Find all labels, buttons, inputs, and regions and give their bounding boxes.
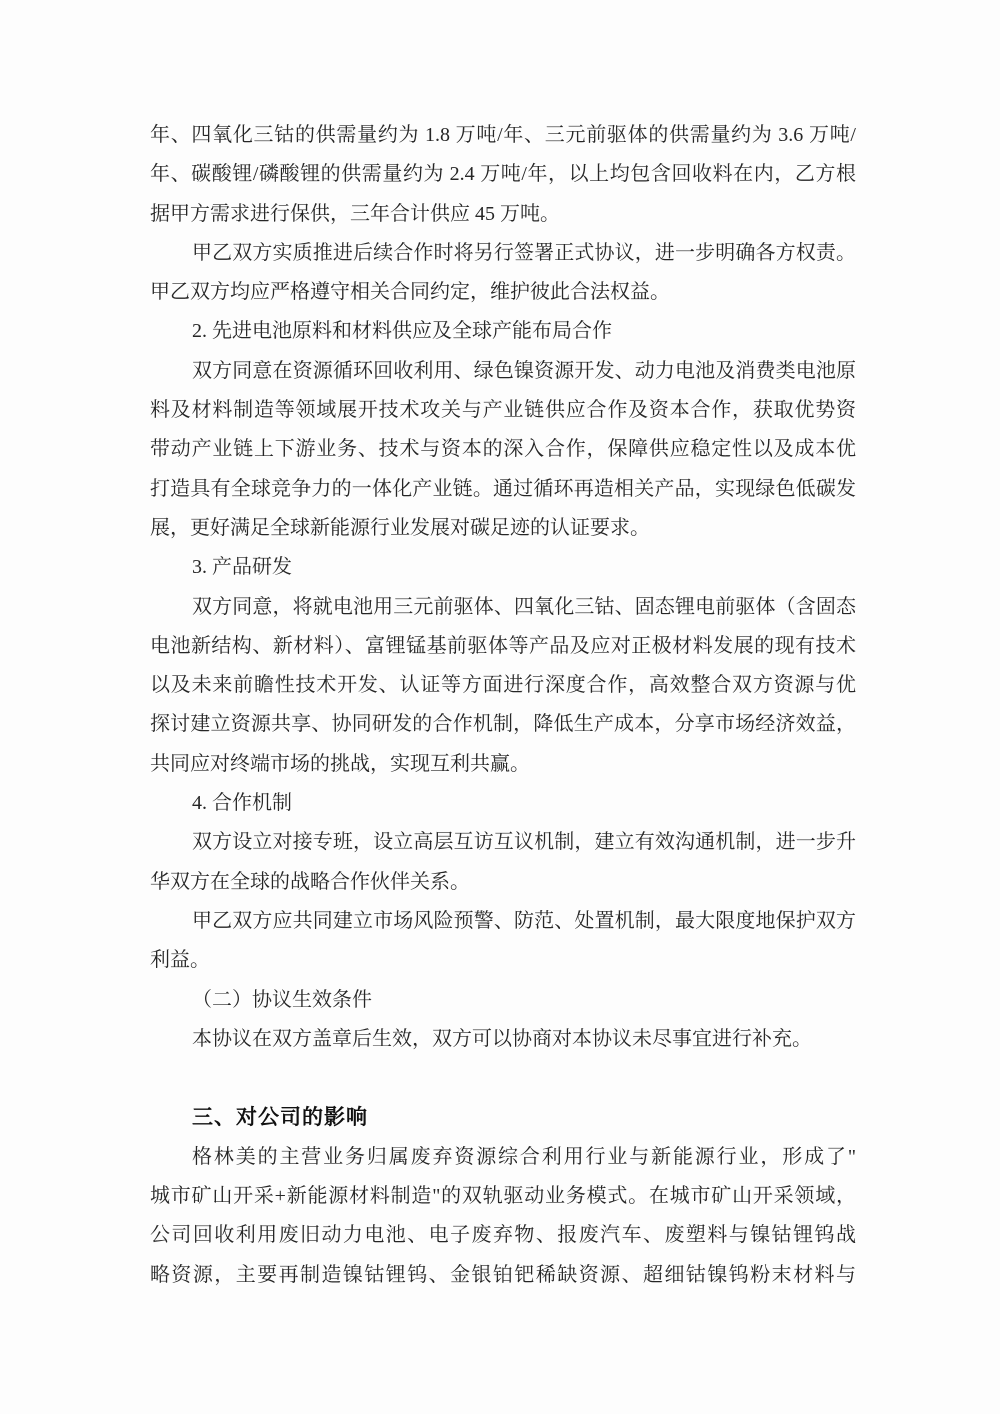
text-line: 城市矿山开采+新能源材料制造"的双轨驱动业务模式。在城市矿山开采领域， bbox=[150, 1177, 856, 1216]
list-item-heading: 4. 合作机制 bbox=[150, 784, 856, 823]
text-line: 带动产业链上下游业务、技术与资本的深入合作，保障供应稳定性以及成本优势， bbox=[150, 430, 856, 469]
text-line: 本协议在双方盖章后生效，双方可以协商对本协议未尽事宜进行补充。 bbox=[150, 1020, 856, 1059]
text-line: 甲乙双方应共同建立市场风险预警、防范、处置机制，最大限度地保护双方 bbox=[150, 902, 856, 941]
text-line: 据甲方需求进行保供，三年合计供应 45 万吨。 bbox=[150, 195, 856, 234]
text-line: 格林美的主营业务归属废弃资源综合利用行业与新能源行业，形成了" bbox=[150, 1138, 856, 1177]
text-line: 略资源，主要再制造镍钴锂钨、金银铂钯稀缺资源、超细钴镍钨粉末材料与 bbox=[150, 1256, 856, 1295]
text-line: 甲乙双方实质推进后续合作时将另行签署正式协议，进一步明确各方权责。 bbox=[150, 234, 856, 273]
text-line: 双方设立对接专班，设立高层互访互议机制，建立有效沟通机制，进一步升 bbox=[150, 823, 856, 862]
text-line: 双方同意在资源循环回收利用、绿色镍资源开发、动力电池及消费类电池原 bbox=[150, 352, 856, 391]
text-line: 料及材料制造等领域展开技术攻关与产业链供应合作及资本合作，获取优势资源， bbox=[150, 391, 856, 430]
text-line: 以及未来前瞻性技术开发、认证等方面进行深度合作，高效整合双方资源与优势， bbox=[150, 666, 856, 705]
document-text-block: 年、四氧化三钴的供需量约为 1.8 万吨/年、三元前驱体的供需量约为 3.6 万… bbox=[150, 116, 856, 1295]
text-line: 双方同意，将就电池用三元前驱体、四氧化三钴、固态锂电前驱体（含固态 bbox=[150, 588, 856, 627]
text-line: 展，更好满足全球新能源行业发展对碳足迹的认证要求。 bbox=[150, 509, 856, 548]
list-item-heading: 2. 先进电池原料和材料供应及全球产能布局合作 bbox=[150, 312, 856, 351]
text-line: 电池新结构、新材料）、富锂锰基前驱体等产品及应对正极材料发展的现有技术 bbox=[150, 627, 856, 666]
text-line: 华双方在全球的战略合作伙伴关系。 bbox=[150, 863, 856, 902]
text-line: 公司回收利用废旧动力电池、电子废弃物、报废汽车、废塑料与镍钴锂钨战 bbox=[150, 1216, 856, 1255]
text-line: 利益。 bbox=[150, 941, 856, 980]
text-line: 共同应对终端市场的挑战，实现互利共赢。 bbox=[150, 745, 856, 784]
document-page: 年、四氧化三钴的供需量约为 1.8 万吨/年、三元前驱体的供需量约为 3.6 万… bbox=[0, 0, 1000, 1414]
text-line: 年、碳酸锂/磷酸锂的供需量约为 2.4 万吨/年，以上均包含回收料在内，乙方根 bbox=[150, 155, 856, 194]
text-line: 年、四氧化三钴的供需量约为 1.8 万吨/年、三元前驱体的供需量约为 3.6 万… bbox=[150, 116, 856, 155]
text-line: 探讨建立资源共享、协同研发的合作机制，降低生产成本，分享市场经济效益， bbox=[150, 705, 856, 744]
list-item-heading: 3. 产品研发 bbox=[150, 548, 856, 587]
text-line: 甲乙双方均应严格遵守相关合同约定，维护彼此合法权益。 bbox=[150, 273, 856, 312]
subsection-heading: （二）协议生效条件 bbox=[150, 981, 856, 1020]
section-heading: 三、对公司的影响 bbox=[150, 1098, 856, 1137]
text-line: 打造具有全球竞争力的一体化产业链。通过循环再造相关产品，实现绿色低碳发 bbox=[150, 470, 856, 509]
blank-line bbox=[150, 1059, 856, 1098]
